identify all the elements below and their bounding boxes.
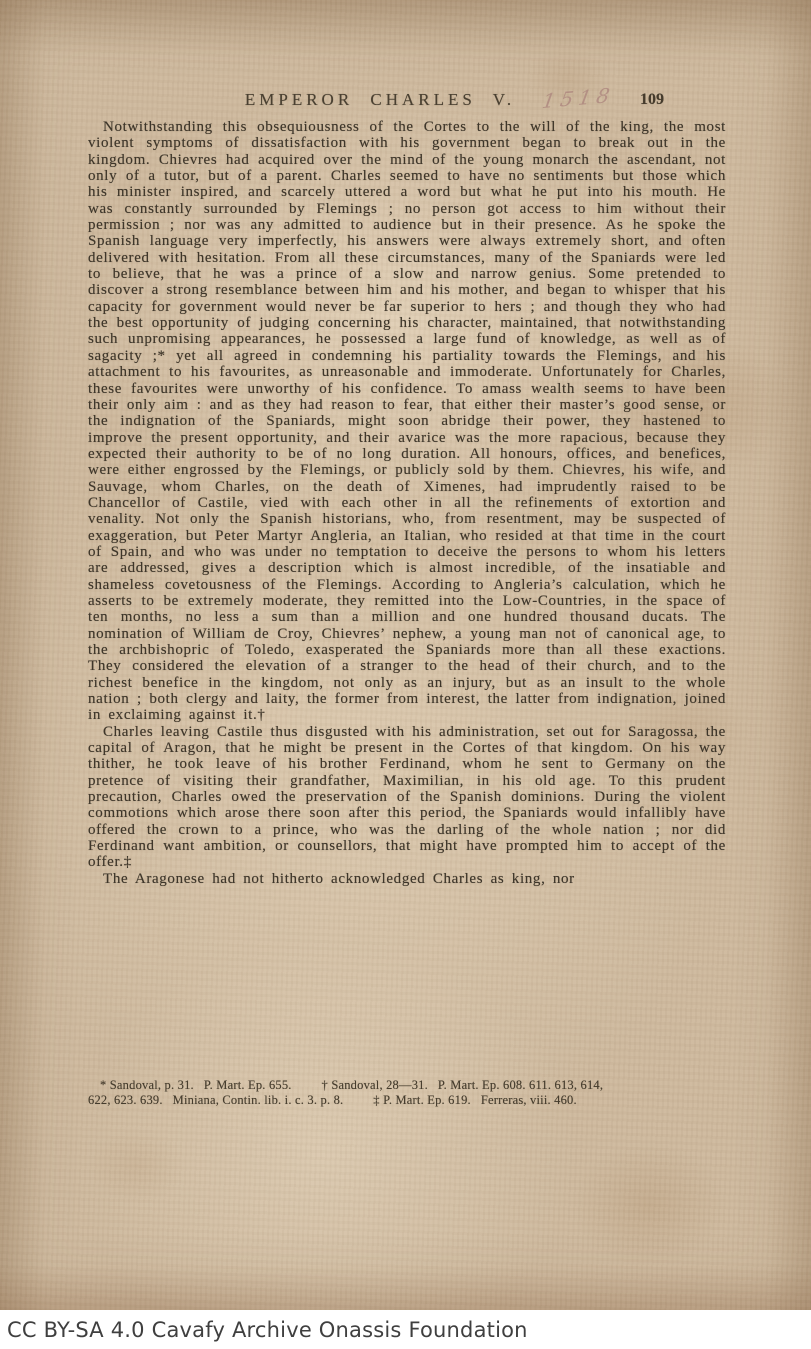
page-header: EMPEROR CHARLES V. 1518 109 bbox=[88, 90, 726, 116]
paragraph-3: The Aragonese had not hitherto acknowled… bbox=[88, 871, 726, 887]
paragraph-1: Notwithstanding this obsequiousness of t… bbox=[88, 119, 726, 724]
license-caption: CC BY-SA 4.0 Cavafy Archive Onassis Foun… bbox=[0, 1318, 528, 1342]
body-text-block: Notwithstanding this obsequiousness of t… bbox=[88, 119, 726, 887]
handwritten-year-annotation: 1518 bbox=[540, 83, 616, 113]
running-title: EMPEROR CHARLES V. bbox=[245, 90, 515, 110]
paragraph-2: Charles leaving Castile thus disgusted w… bbox=[88, 724, 726, 871]
page-number: 109 bbox=[640, 91, 664, 109]
footnotes-block: * Sandoval, p. 31. P. Mart. Ep. 655. † S… bbox=[88, 1078, 733, 1108]
license-bar: CC BY-SA 4.0 Cavafy Archive Onassis Foun… bbox=[0, 1310, 811, 1349]
footnote-line-2: 622, 623. 639. Miniana, Contin. lib. i. … bbox=[88, 1093, 733, 1108]
screenshot-viewport: EMPEROR CHARLES V. 1518 109 Notwithstand… bbox=[0, 0, 811, 1349]
footnote-line-1: * Sandoval, p. 31. P. Mart. Ep. 655. † S… bbox=[88, 1078, 733, 1093]
scanned-book-page: EMPEROR CHARLES V. 1518 109 Notwithstand… bbox=[0, 0, 811, 1310]
